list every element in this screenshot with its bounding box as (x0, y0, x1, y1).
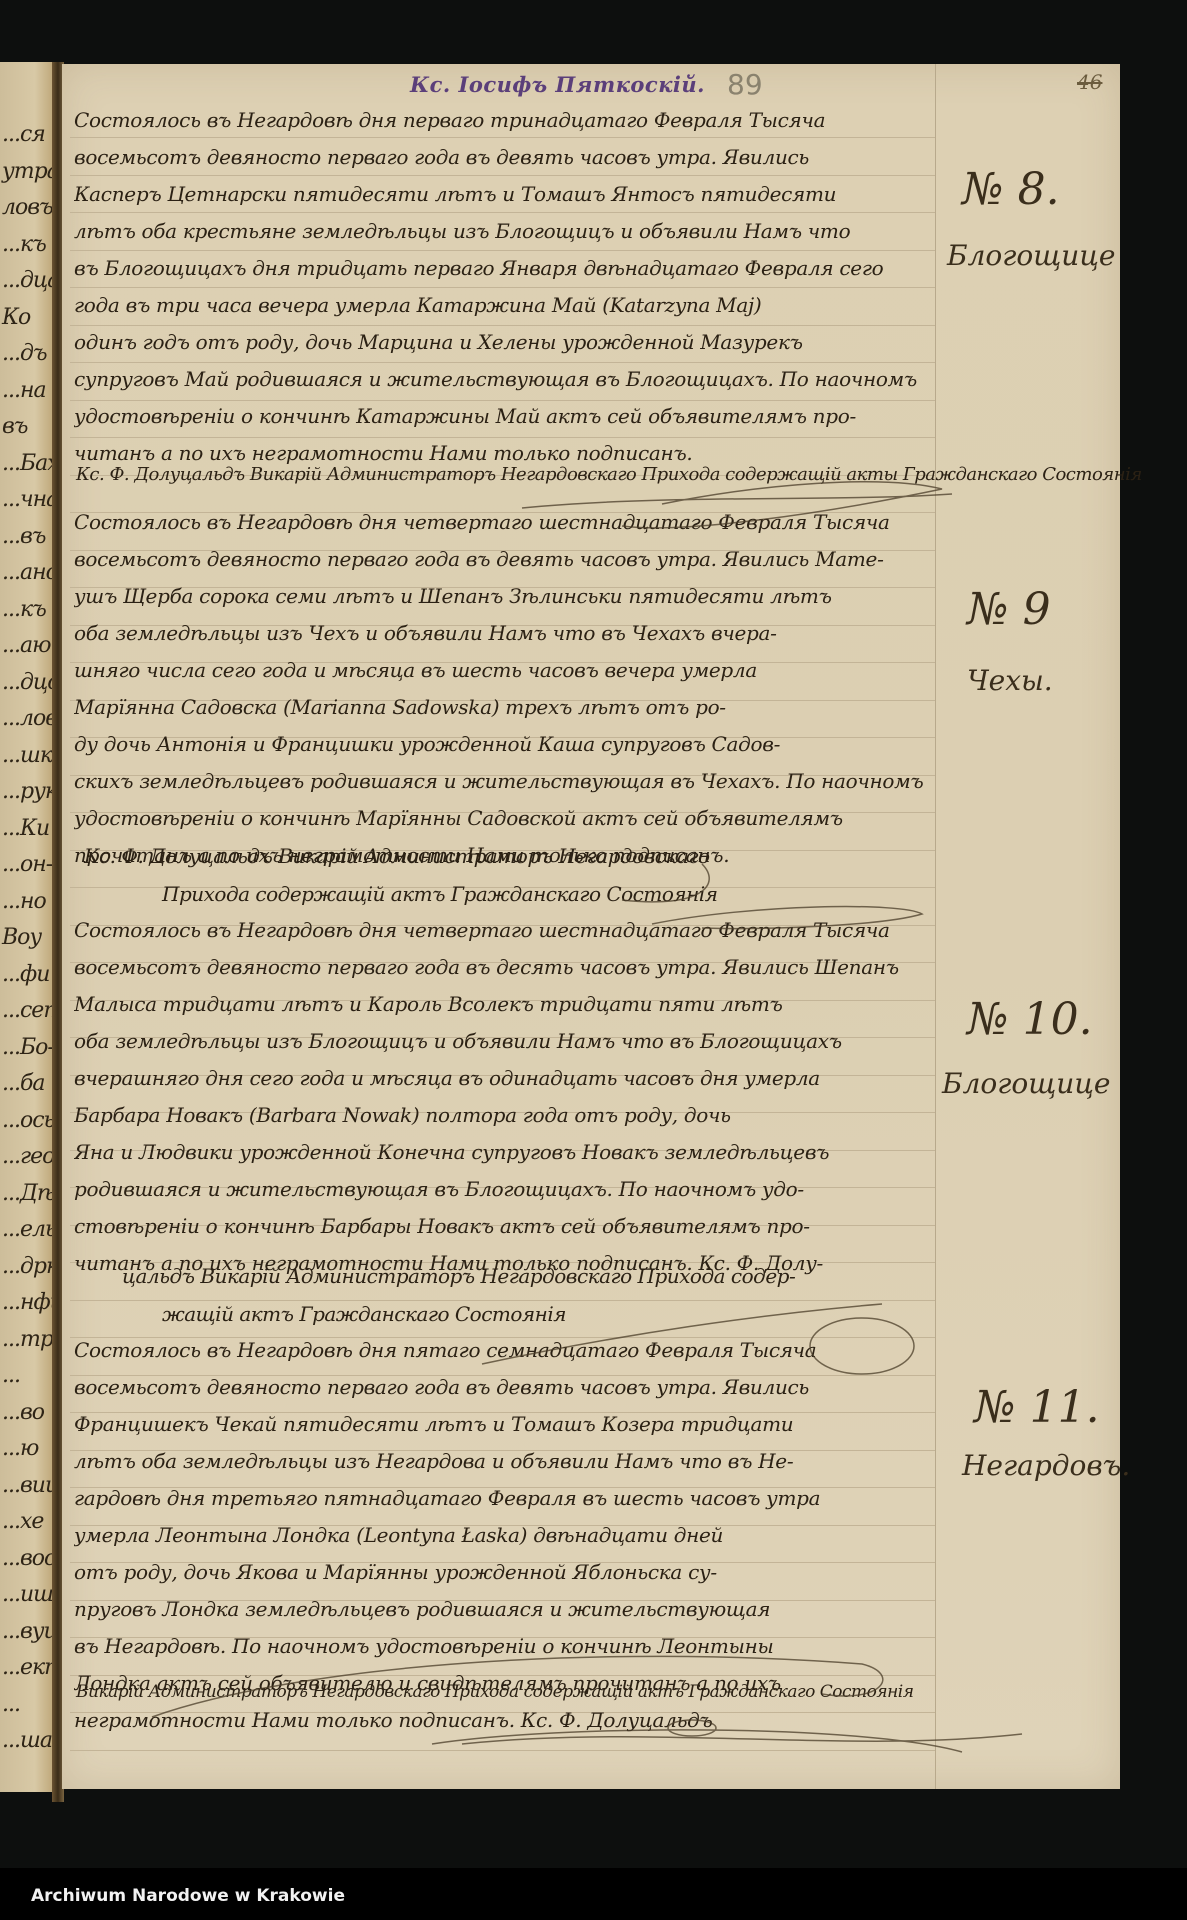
register-page: Кс. Іосифъ Пяткоскій. 89 46 Состоялось в… (62, 64, 1120, 1789)
left-page-fragment: ...сеть (2, 998, 58, 1023)
left-page-fragment: ...тр (2, 1327, 53, 1352)
left-page-fragment: ...дъ (2, 341, 47, 366)
left-page-fragment: ...ель (2, 1217, 56, 1242)
left-page-fragment: ...Дѣ (2, 1181, 55, 1206)
left-page-fragment: въ (2, 414, 27, 439)
left-page-fragment: ...ся (2, 122, 45, 147)
left-page-fragment: ...на (2, 378, 46, 403)
left-page-fragment: ...он- (2, 852, 52, 877)
left-page-fragment: ...шак (2, 1728, 58, 1753)
pen-flourishes (62, 64, 1120, 1789)
left-page-fragment: ...ловъ (2, 706, 58, 731)
left-page-fragment: ...въ (2, 524, 45, 549)
left-page-fragment: ...Бахъ (2, 451, 58, 476)
left-page-fragment: ...чна (2, 487, 58, 512)
left-page-fragment: ...вось (2, 1546, 58, 1571)
left-facing-page: ...сяутраловъ...къ...дцаКо...дъ...навъ..… (0, 62, 58, 1792)
left-page-fragment: ...вуи (2, 1619, 57, 1644)
left-page-fragment: ...аю (2, 633, 50, 658)
left-page-fragment: Воу (2, 925, 41, 950)
left-page-fragment: ...рукъ (2, 779, 58, 804)
left-page-fragment: ...дца (2, 268, 58, 293)
left-page-fragment: ...дцо (2, 670, 58, 695)
left-page-fragment: ...къ (2, 232, 46, 257)
left-page-fragment: ...фи (2, 962, 49, 987)
left-page-fragment: ...ю (2, 1436, 38, 1461)
left-page-fragment: ...шки (2, 743, 58, 768)
left-page-fragment: ...хе (2, 1509, 43, 1534)
left-page-fragment: ...Бо- (2, 1035, 54, 1060)
left-page-fragment: ...къ (2, 597, 46, 622)
left-page-fragment: ...во (2, 1400, 44, 1425)
left-page-fragment: ...вицъ (2, 1473, 58, 1498)
left-page-fragment: ...Ки (2, 816, 49, 841)
left-page-fragment: ...екть (2, 1655, 58, 1680)
left-page-fragment: ...ишка (2, 1582, 58, 1607)
left-page-fragment: ...нфи (2, 1290, 58, 1315)
left-page-fragment: ... (2, 1363, 20, 1388)
left-page-fragment: ...но (2, 889, 46, 914)
left-page-fragment: ловъ (2, 195, 53, 220)
left-page-fragment: ...ба (2, 1071, 45, 1096)
left-page-fragment: ...ось.ло (2, 1108, 58, 1133)
left-page-fragment: Ко (2, 305, 30, 330)
left-page-fragment: ...ано (2, 560, 58, 585)
left-page-fragment: ...гео (2, 1144, 54, 1169)
archive-caption: Archiwum Narodowe w Krakowie (31, 1886, 345, 1906)
left-page-fragment: утра (2, 159, 58, 184)
left-page-fragment: ...дрк (2, 1254, 58, 1279)
left-page-fragment: ... (2, 1692, 20, 1717)
